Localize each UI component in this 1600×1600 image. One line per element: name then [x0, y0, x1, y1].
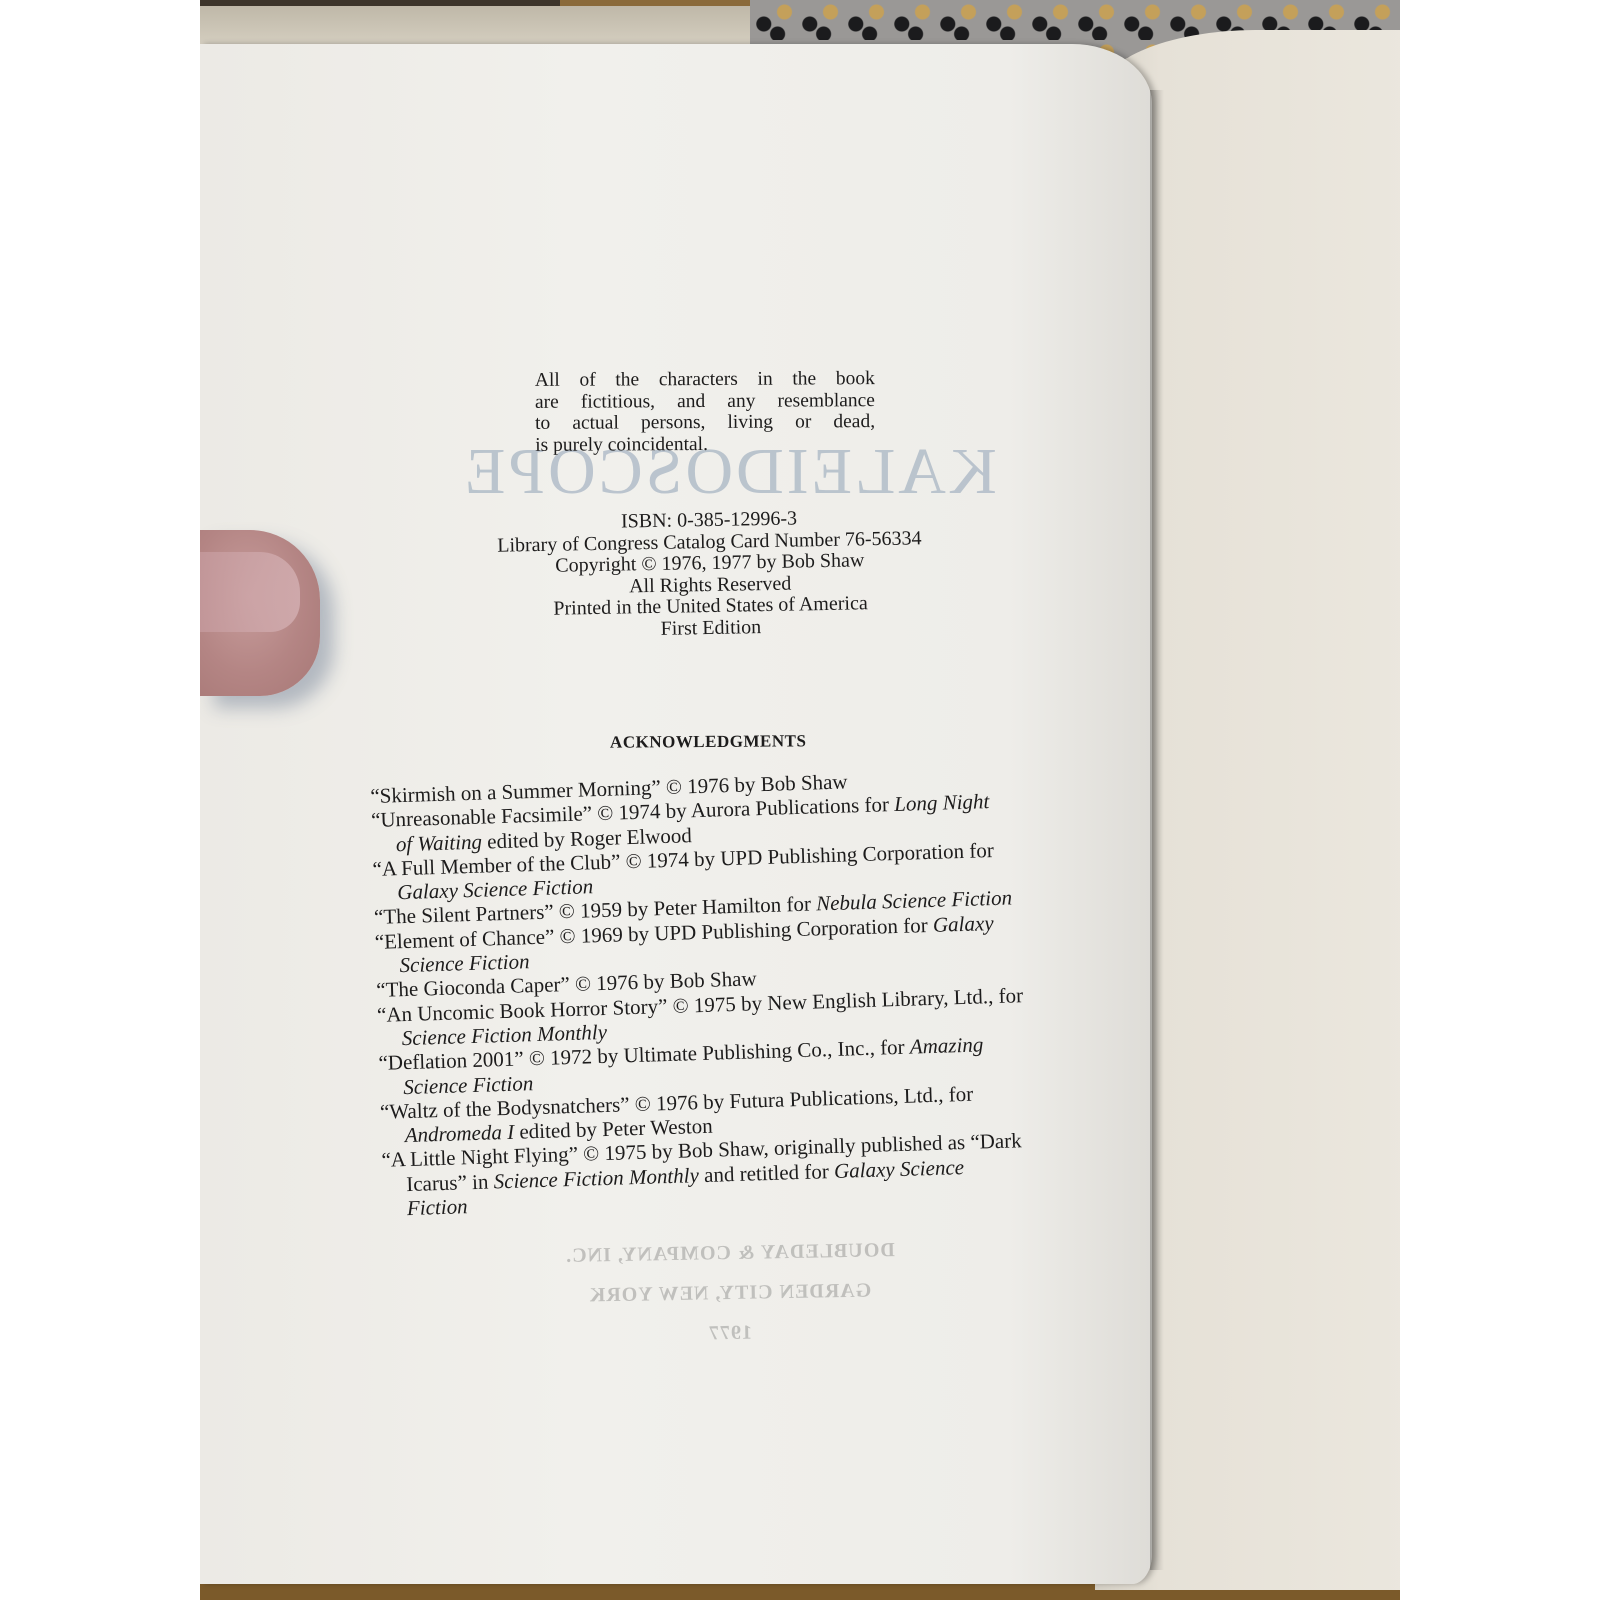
publication-name: Fiction — [407, 1194, 468, 1220]
disclaimer-line: to actual persons, living or dead, — [535, 411, 875, 434]
gutter-shadow — [1150, 90, 1164, 1570]
disclaimer-line: are fictitious, and any resemblance — [535, 390, 875, 413]
publication-name: Andromeda I — [404, 1120, 514, 1147]
publication-name: Galaxy Science — [834, 1155, 965, 1183]
left-page: KALEIDOSCOPE All of the characters in th… — [200, 44, 1152, 1584]
publication-name: Science Fiction — [399, 949, 530, 977]
thumb — [200, 530, 320, 696]
show-through-year: 1977 — [560, 1319, 900, 1348]
show-through-publisher: DOUBLEDAY & COMPANY, INC. — [560, 1239, 900, 1268]
show-through-city: GARDEN CITY, NEW YORK — [560, 1279, 900, 1308]
publication-name: Galaxy — [933, 911, 994, 937]
copyright-block: ISBN: 0-385-12996-3 Library of Congress … — [444, 505, 976, 643]
publication-name: of Waiting — [395, 829, 482, 856]
disclaimer-line: is purely coincidental. — [535, 433, 875, 456]
book-photo: SKIRMISH ON A UNREASONABLE A FULL MEMB T… — [200, 0, 1400, 1600]
disclaimer-line: All of the characters in the book — [535, 368, 875, 391]
publication-name: Science Fiction — [403, 1071, 534, 1099]
acknowledgments-list: “Skirmish on a Summer Morning” © 1976 by… — [370, 761, 1128, 1221]
fiction-disclaimer: All of the characters in the book are fi… — [535, 368, 875, 456]
acknowledgments-heading: ACKNOWLEDGMENTS — [610, 731, 807, 752]
ack-text: and retitled for — [698, 1159, 834, 1187]
thumbnail-nail — [200, 552, 300, 632]
ack-text: Icarus” in — [406, 1169, 494, 1196]
publication-name: Amazing — [909, 1033, 983, 1059]
publication-name: Long Night — [894, 789, 990, 816]
